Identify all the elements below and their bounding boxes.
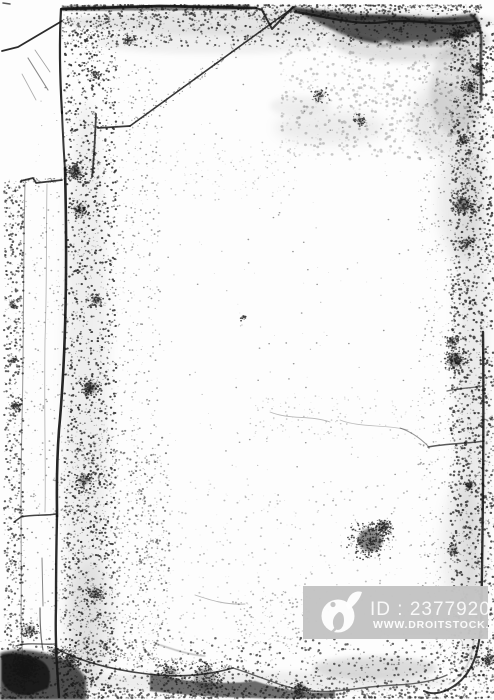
grunge-texture-photo: ID : 2377920838 WWW.DROITSTOCK.COM	[0, 0, 494, 700]
droitstock-rabbit-logo-icon	[317, 590, 364, 637]
watermark-site-text: WWW.DROITSTOCK.COM	[373, 619, 494, 631]
watermark-panel: ID : 2377920838 WWW.DROITSTOCK.COM	[303, 586, 488, 639]
watermark-id-text: ID : 2377920838	[370, 599, 494, 621]
